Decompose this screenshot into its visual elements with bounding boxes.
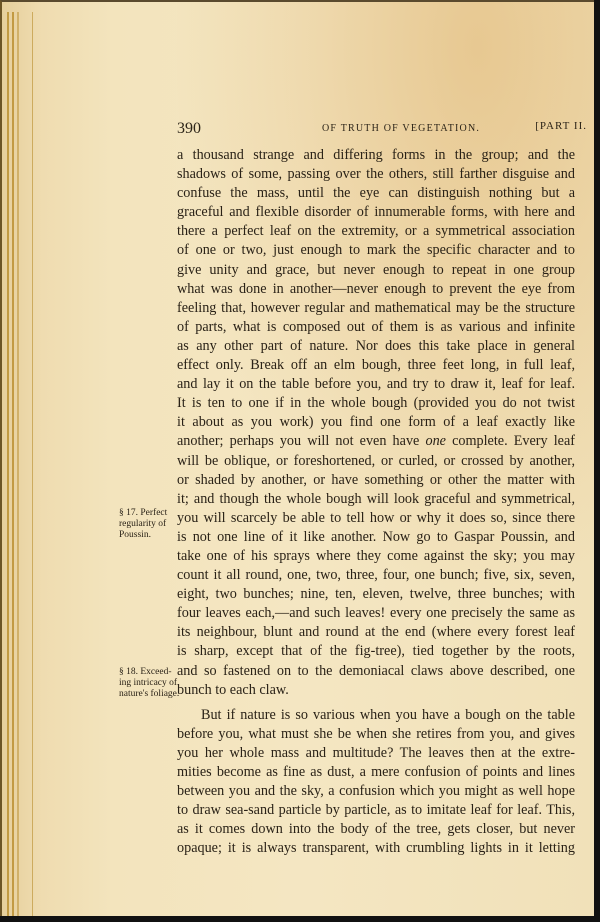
- emphasis: one: [425, 433, 446, 449]
- text-line: is sharp, except that of the fig-tree), …: [177, 642, 575, 661]
- text-line: its neighbour, blunt and round at the en…: [177, 623, 575, 642]
- text-line: as it comes down into the body of the tr…: [177, 820, 575, 839]
- text-line: and so fastened on to the demoniacal cla…: [177, 662, 575, 681]
- text-line: as any other part of nature. Nor does th…: [177, 337, 575, 356]
- book-page: 390 OF TRUTH OF VEGETATION. [PART II. § …: [0, 0, 596, 918]
- part-label: [PART II.: [535, 120, 587, 132]
- text-line: a thousand strange and differing forms i…: [177, 146, 575, 165]
- text-line: between you and the sky, a confusion whi…: [177, 782, 575, 801]
- text-line: you will scarcely be able to tell how or…: [177, 509, 575, 528]
- chapter-title: OF TRUTH OF VEGETATION.: [322, 123, 480, 134]
- text-line: bunch to each claw.: [177, 681, 575, 700]
- text-line: eight, two bunches; nine, ten, eleven, t…: [177, 585, 575, 604]
- text-line: to draw sea-sand particle by particle, a…: [177, 801, 575, 820]
- text-line: mities become as fine as dust, a mere co…: [177, 763, 575, 782]
- text-line: you her whole mass and multitude? The le…: [177, 744, 575, 763]
- text-line: shadows of some, passing over the others…: [177, 165, 575, 184]
- text-line: of parts, what is composed out of them i…: [177, 318, 575, 337]
- paragraph-2: But if nature is so various when you hav…: [177, 706, 575, 859]
- text-line: give unity and grace, but never enough t…: [177, 261, 575, 280]
- text-line: is not one line of it like another. Now …: [177, 528, 575, 547]
- scan-edge-bottom: [0, 916, 600, 922]
- text-line: opaque; it is always transparent, with c…: [177, 839, 575, 858]
- paragraph-1: a thousand strange and differing forms i…: [177, 146, 575, 700]
- text-line: and lay it on the table before you, and …: [177, 375, 575, 394]
- page-number: 390: [177, 120, 201, 138]
- text-line: graceful and flexible disorder of innume…: [177, 203, 575, 222]
- text-line: of one or two, just enough to mark the s…: [177, 241, 575, 260]
- running-head: 390 OF TRUTH OF VEGETATION. [PART II.: [177, 120, 575, 140]
- text-line: it; and though the whole bough will look…: [177, 490, 575, 509]
- text-line: before you, what must she be when she re…: [177, 725, 575, 744]
- text-line: take one of his sprays where they come a…: [177, 547, 575, 566]
- text-line: there a perfect leaf on the extremity, o…: [177, 222, 575, 241]
- text-line: count it all round, one, two, three, fou…: [177, 566, 575, 585]
- text-line: confuse the mass, until the eye can dist…: [177, 184, 575, 203]
- text-line: four leaves each,—and such leaves! every…: [177, 604, 575, 623]
- text-line: It is ten to one if in the whole bough (…: [177, 394, 575, 413]
- text-line: effect only. Break off an elm bough, thr…: [177, 356, 575, 375]
- body-text: a thousand strange and differing forms i…: [177, 146, 575, 858]
- text-line: it about as you work) you find one form …: [177, 413, 575, 432]
- scan-edge-right: [594, 0, 600, 922]
- binding-gutter: [5, 12, 39, 918]
- text-line: But if nature is so various when you hav…: [177, 706, 575, 725]
- text-line: feeling that, however regular and mathem…: [177, 299, 575, 318]
- text-line-with-italic: another; perhaps you will not even have …: [177, 432, 575, 451]
- text-line: what was done in another—never enough to…: [177, 280, 575, 299]
- text-line: will be oblique, or foreshortened, or cu…: [177, 452, 575, 471]
- text-line: or shaded by another, or have something …: [177, 471, 575, 490]
